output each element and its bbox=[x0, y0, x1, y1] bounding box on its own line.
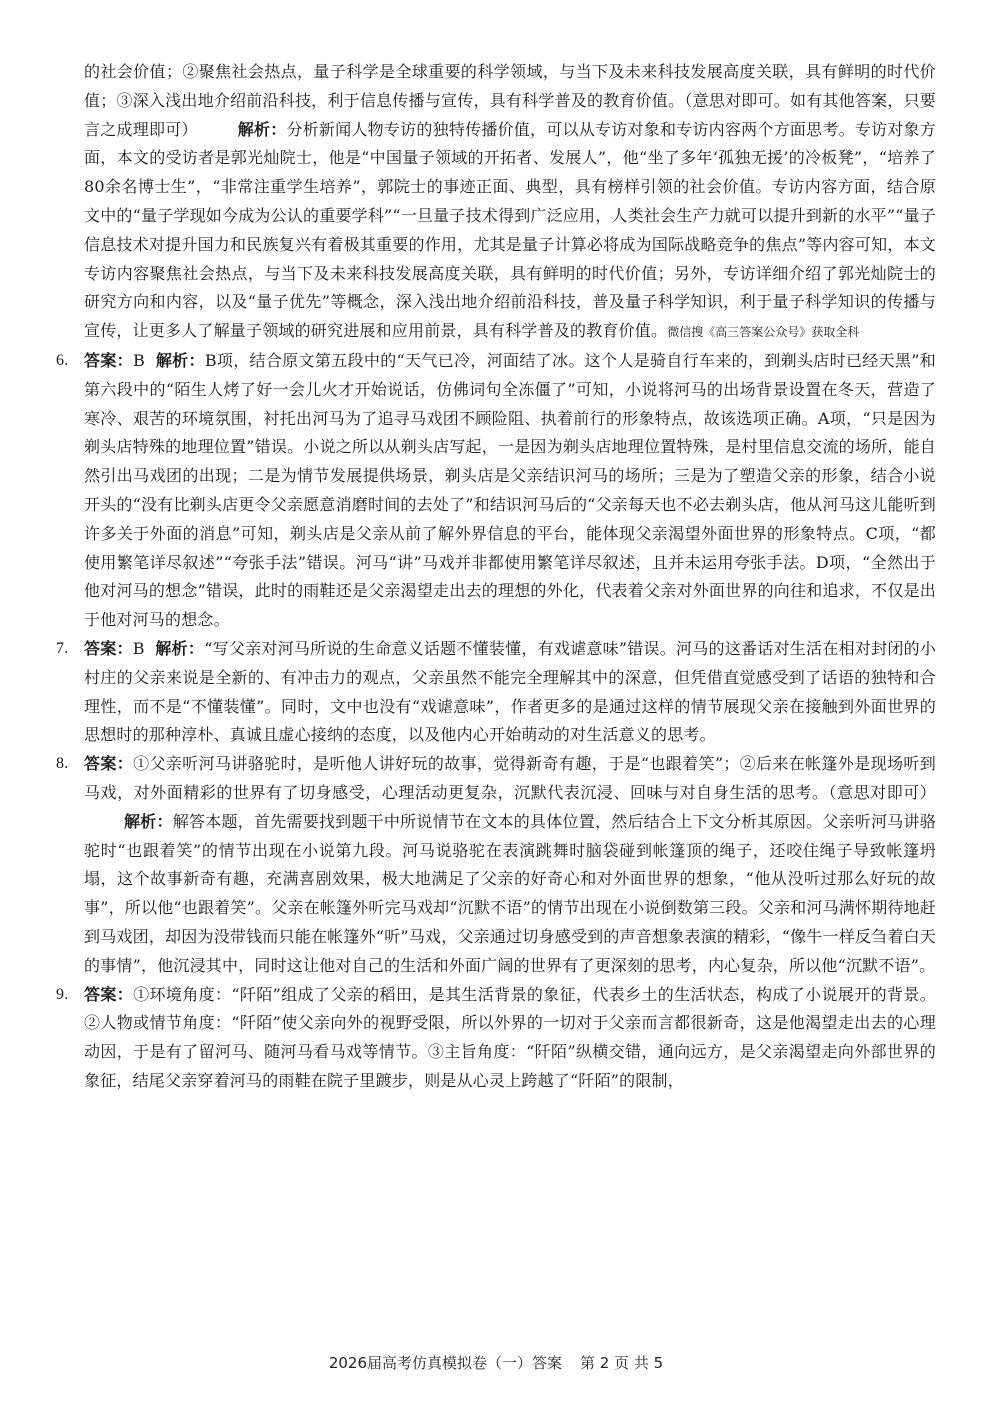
analysis-label: 解析： bbox=[155, 639, 204, 658]
continued-analysis-text: 分析新闻人物专访的独特传播价值，可以从专访对象和专访内容两个方面思考。专访对象方… bbox=[84, 120, 936, 341]
answer-item-9: 9.答案：①环境角度：“阡陌”组成了父亲的稻田，是其生活背景的象征，代表乡土的生… bbox=[56, 981, 936, 1096]
analysis-text: “写父亲对河马所说的生命意义话题不懂装懂，有戏谑意味”错误。河马的这番话对生活在… bbox=[84, 639, 936, 744]
analysis-text: B项，结合原文第五段中的“天气已冷，河面结了冰。这个人是骑自行车来的，到剃头店时… bbox=[84, 351, 936, 629]
answer-label: 答案： bbox=[84, 754, 133, 773]
answer-item-8: 8.答案：①父亲听河马讲骆驼时，是听他人讲好玩的故事，觉得新奇有趣，于是“也跟着… bbox=[56, 750, 936, 980]
footer-title: 2026届高考仿真模拟卷（一）答案 bbox=[329, 1354, 562, 1372]
answer-label: 答案： bbox=[84, 639, 133, 658]
watermark-text: 微信搜《高三答案公众号》获取全科 bbox=[667, 325, 859, 339]
answer-text: ①环境角度：“阡陌”组成了父亲的稻田，是其生活背景的象征，代表乡土的生活状态，构… bbox=[84, 985, 936, 1090]
answer-text: B bbox=[133, 351, 145, 370]
item-number: 9. bbox=[56, 981, 82, 1010]
analysis-label: 解析： bbox=[156, 351, 205, 370]
item-number: 7. bbox=[56, 635, 82, 664]
answer-text: ①父亲听河马讲骆驼时，是听他人讲好玩的故事，觉得新奇有趣，于是“也跟着笑”；②后… bbox=[84, 754, 936, 802]
answer-item-6: 6.答案：B 解析：B项，结合原文第五段中的“天气已冷，河面结了冰。这个人是骑自… bbox=[56, 347, 936, 635]
answer-item-7: 7.答案：B 解析：“写父亲对河马所说的生命意义话题不懂装懂，有戏谑意味”错误。… bbox=[56, 635, 936, 750]
answer-label: 答案： bbox=[84, 351, 133, 370]
page-footer: 2026届高考仿真模拟卷（一）答案第 2 页 共 5 bbox=[0, 1352, 992, 1373]
item-number: 8. bbox=[56, 750, 82, 779]
analysis-label: 解析： bbox=[124, 812, 173, 831]
page-content: 的社会价值；②聚焦社会热点，量子科学是全球重要的科学领域，与当下及未来科技发展高… bbox=[56, 58, 936, 1096]
footer-page-number: 第 2 页 共 5 bbox=[580, 1354, 663, 1372]
answer-sheet-page: 的社会价值；②聚焦社会热点，量子科学是全球重要的科学领域，与当下及未来科技发展高… bbox=[0, 0, 992, 1402]
analysis-text: 解答本题，首先需要找到题干中所说情节在文本的具体位置，然后结合上下文分析其原因。… bbox=[84, 812, 936, 975]
answer-text: B bbox=[133, 639, 145, 658]
answer-label: 答案： bbox=[84, 985, 133, 1004]
analysis-label: 解析： bbox=[238, 120, 287, 139]
item-5-continuation: 的社会价值；②聚焦社会热点，量子科学是全球重要的科学领域，与当下及未来科技发展高… bbox=[56, 58, 936, 347]
item-number: 6. bbox=[56, 347, 82, 376]
